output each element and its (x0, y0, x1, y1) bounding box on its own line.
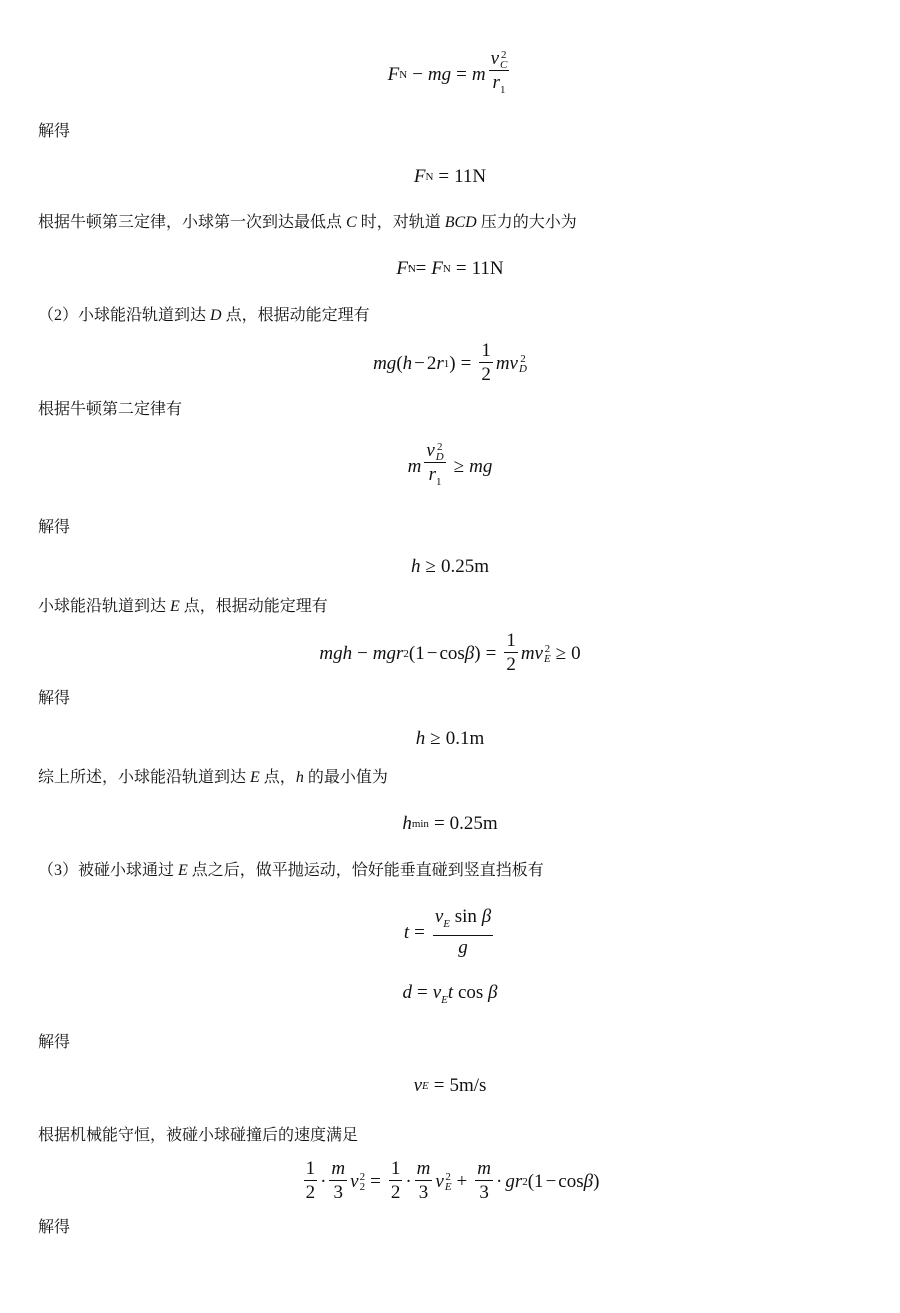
text-energy-conservation: 根据机械能守恒，被碰小球碰撞后的速度满足 (38, 1126, 358, 1146)
equation-d-condition: m v2Dr1≥mg (0, 440, 900, 494)
equation-h-min-e: h≥0.1m (0, 728, 900, 750)
equation-fn-result: FN=11N (0, 166, 900, 188)
equation-ve-result: vE=5m/s (0, 1075, 900, 1097)
text-part2-intro: （2）小球能沿轨道到达 D 点，根据动能定理有 (38, 306, 370, 326)
text-solve: 解得 (38, 122, 70, 142)
text-reach-e-intro: 小球能沿轨道到达 E 点，根据动能定理有 (38, 597, 328, 617)
value-fn: 11N (454, 166, 486, 188)
text-solve: 解得 (38, 689, 70, 709)
text-solve: 解得 (38, 1218, 70, 1238)
equation-energy-to-d: mg(h−2r1)= 12mv2D (0, 340, 900, 387)
equation-energy-conservation: 12·m3v22 = 12·m3v2E + m3·gr2(1−cos β) (0, 1158, 900, 1205)
equation-distance: d=vEt cos β (0, 983, 900, 1010)
text-solve: 解得 (38, 1033, 70, 1053)
text-newton-second-law: 根据牛顿第二定律有 (38, 400, 182, 420)
equation-energy-to-e: mgh−mgr2(1−cos β)= 12mv2E≥0 (0, 630, 900, 677)
equation-normal-reaction: FN′=FN=11N (0, 258, 900, 280)
text-part3-intro: （3）被碰小球通过 E 点之后，做平抛运动，恰好能垂直碰到竖直挡板有 (38, 861, 544, 881)
equation-h-min-result: hmin=0.25m (0, 813, 900, 835)
equation-newton-second-at-c: FN−mg=m v2Cr1 (0, 48, 900, 102)
equation-h-min-d: h≥0.25m (0, 556, 900, 578)
text-solve: 解得 (38, 518, 70, 538)
text-newton-third-law: 根据牛顿第三定律，小球第一次到达最低点 C 时，对轨道 BCD 压力的大小为 (38, 213, 577, 233)
equation-time: t= vE sin βg (0, 906, 900, 960)
text-summary: 综上所述，小球能沿轨道到达 E 点，h 的最小值为 (38, 768, 388, 788)
